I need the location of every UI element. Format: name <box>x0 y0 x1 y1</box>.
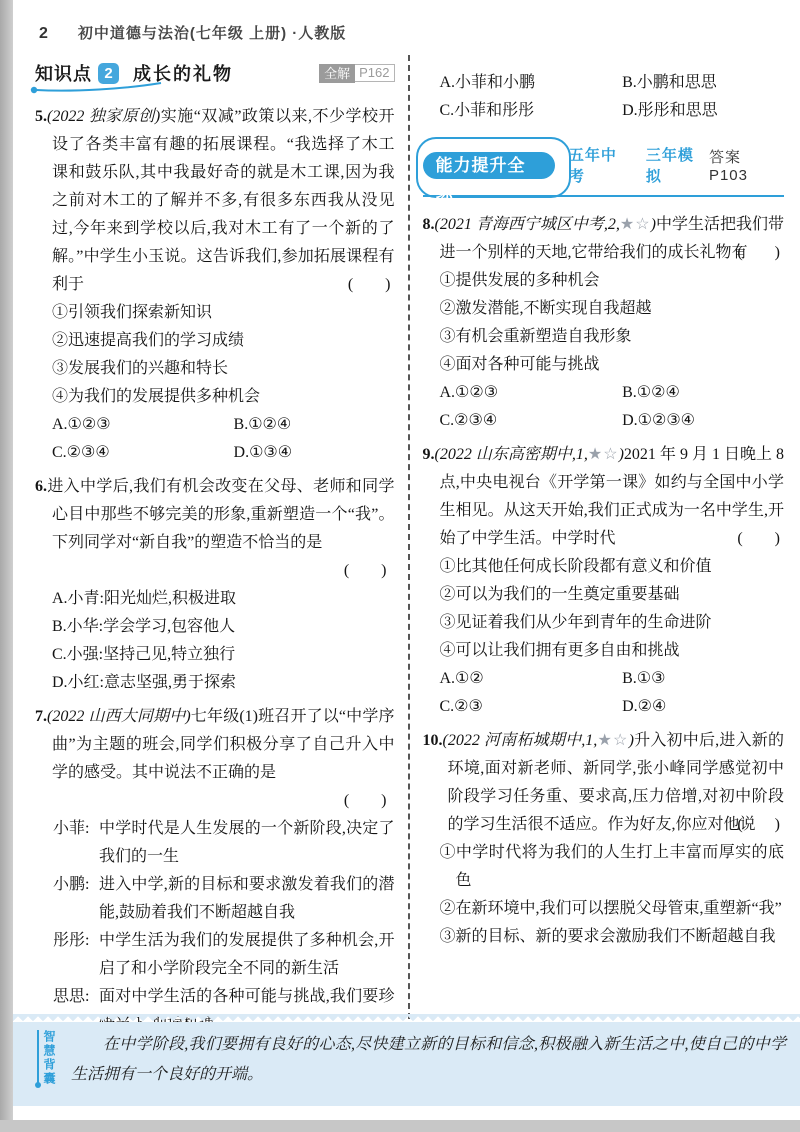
answer-bracket: ( ) <box>35 787 395 815</box>
question-stem: 9.(2022 山东高密期中,1,★☆)2021 年 9 月 1 日晚上 8 点… <box>423 441 785 553</box>
answer-bracket: ( ) <box>754 239 784 267</box>
page-header: 2 初中道德与法治(七年级 上册) ·人教版 <box>13 0 800 43</box>
speaker-name: 小鹏: <box>53 871 99 927</box>
choice-option: D.小红:意志坚强,勇于探索 <box>35 669 395 697</box>
statement-item: ④为我们的发展提供多种机会 <box>35 383 395 411</box>
question-stem: 10.(2022 河南柘城期中,1,★☆)升入初中后,进入新的环境,面对新老师、… <box>423 727 785 839</box>
question-number: 7. <box>35 708 47 725</box>
choice-option: B.①②④ <box>234 411 395 439</box>
question-stem: 6.进入中学后,我们有机会改变在父母、老师和同学心目中那些不够完美的形象,重新塑… <box>35 473 395 557</box>
vertical-rule-icon <box>37 1030 39 1084</box>
choice-option: C.小强:坚持己见,特立独行 <box>35 641 395 669</box>
question-source: (2021 青海西宁城区中考,2, <box>435 216 620 233</box>
speaker-name: 彤彤: <box>53 927 99 983</box>
choice-option: C.②③④ <box>52 439 234 467</box>
choice-option: A.①②③ <box>52 411 234 439</box>
ref-page: P162 <box>355 64 394 82</box>
wisdom-note-label-group: 智慧背囊 <box>37 1030 55 1090</box>
question-stem: 7.(2022 山西大同期中)七年级(1)班召开了以“中学序曲”为主题的班会,同… <box>35 703 395 787</box>
question-stem: 5.(2022 独家原创)实施“双减”政策以来,不少学校开设了各类丰富有趣的拓展… <box>35 103 395 299</box>
choice-option: D.①②③④ <box>622 407 784 435</box>
question-7-options: A.小菲和小鹏 B.小鹏和思思 C.小菲和彤彤 D.彤彤和思思 <box>423 69 785 125</box>
choice-option: C.②③ <box>440 693 623 721</box>
choice-option: C.②③④ <box>440 407 623 435</box>
statement-item: ②激发潜能,不断实现自我超越 <box>423 295 785 323</box>
statement-item: ②迅速提高我们的学习成绩 <box>35 327 395 355</box>
answer-reference-badge: 全解 P162 <box>319 64 394 83</box>
choice-option: D.②④ <box>622 693 784 721</box>
question-9: 9.(2022 山东高密期中,1,★☆)2021 年 9 月 1 日晚上 8 点… <box>423 441 785 721</box>
ref-label: 全解 <box>319 64 355 83</box>
statement-item: ①引领我们探索新知识 <box>35 299 395 327</box>
question-source: (2022 山东高密期中,1, <box>435 446 588 463</box>
banner-subtitle-zhongkao: 五年中考 <box>569 144 632 186</box>
right-column: A.小菲和小鹏 B.小鹏和思思 C.小菲和彤彤 D.彤彤和思思 能力提升全练 五… <box>410 55 785 1039</box>
two-column-layout: 知识点 2 成长的礼物 全解 P162 5.(2022 独家原创)实施“双减”政… <box>13 55 800 1039</box>
wisdom-note-body: 智慧背囊 在中学阶段,我们要拥有良好的心态,尽快建立新的目标和信念,积极融入新生… <box>13 1022 800 1106</box>
page-number: 2 <box>39 25 48 43</box>
difficulty-stars-icon: ★☆ <box>620 216 651 233</box>
statement-item: ③见证着我们从少年到青年的生命进阶 <box>423 609 785 637</box>
statement-item: ④面对各种可能与挑战 <box>423 351 785 379</box>
choice-options: A.①②③ B.①②④ C.②③④ D.①③④ <box>35 411 395 467</box>
statement-item: ①中学时代将为我们的人生打上丰富而厚实的底色 <box>423 839 785 895</box>
choice-option: D.①③④ <box>234 439 395 467</box>
question-5: 5.(2022 独家原创)实施“双减”政策以来,不少学校开设了各类丰富有趣的拓展… <box>35 103 395 467</box>
practice-banner-title: 能力提升全练 <box>423 152 555 179</box>
question-stem-text: 进入中学后,我们有机会改变在父母、老师和同学心目中那些不够完美的形象,重新塑造一… <box>47 478 395 551</box>
question-10: 10.(2022 河南柘城期中,1,★☆)升入初中后,进入新的环境,面对新老师、… <box>423 727 785 951</box>
speaker-name: 小菲: <box>53 815 99 871</box>
question-source: (2022 山西大同期中) <box>47 708 191 725</box>
left-column: 知识点 2 成长的礼物 全解 P162 5.(2022 独家原创)实施“双减”政… <box>35 55 410 1039</box>
question-8: 8.(2021 青海西宁城区中考,2,★☆)中学生活把我们带进一个别样的天地,它… <box>423 211 785 435</box>
choice-option: A.①② <box>440 665 623 693</box>
answer-bracket: ( ) <box>762 811 784 839</box>
statement-item: ④可以让我们拥有更多自由和挑战 <box>423 637 785 665</box>
choice-options: A.小菲和小鹏 B.小鹏和思思 C.小菲和彤彤 D.彤彤和思思 <box>423 69 785 125</box>
statement-item: ②可以为我们的一生奠定重要基础 <box>423 581 785 609</box>
answer-bracket: ( ) <box>365 271 395 299</box>
question-number: 8. <box>423 216 435 233</box>
question-number: 10. <box>423 732 443 749</box>
difficulty-stars-icon: ★☆ <box>597 732 628 749</box>
question-number: 5. <box>35 108 47 125</box>
choice-options: A.小青:阳光灿烂,积极进取 B.小华:学会学习,包容他人 C.小强:坚持己见,… <box>35 585 395 697</box>
question-source: (2022 独家原创) <box>47 108 160 125</box>
page-binding-edge <box>0 0 13 1120</box>
difficulty-stars-icon: ★☆ <box>588 446 619 463</box>
banner-answer-page: 答案 P103 <box>709 146 784 184</box>
choice-option: B.小华:学会学习,包容他人 <box>35 613 395 641</box>
answer-bracket: ( ) <box>754 525 784 553</box>
statement-item: ③新的目标、新的要求会激励我们不断超越自我 <box>423 923 785 951</box>
wisdom-note-text: 在中学阶段,我们要拥有良好的心态,尽快建立新的目标和信念,积极融入新生活之中,使… <box>71 1030 786 1090</box>
book-title: 初中道德与法治(七年级 上册) ·人教版 <box>78 22 346 43</box>
choice-option: B.①③ <box>622 665 784 693</box>
speaker-text: 中学生活为我们的发展提供了多种机会,开启了和小学阶段完全不同的新生活 <box>99 927 395 983</box>
question-number: 6. <box>35 478 47 495</box>
choice-option: A.小菲和小鹏 <box>440 69 623 97</box>
question-7: 7.(2022 山西大同期中)七年级(1)班召开了以“中学序曲”为主题的班会,同… <box>35 703 395 1039</box>
practice-banner: 能力提升全练 五年中考 三年模拟 答案 P103 <box>423 141 785 197</box>
choice-option: B.①②④ <box>622 379 784 407</box>
statement-item: ①提供发展的多种机会 <box>423 267 785 295</box>
wisdom-note: 智慧背囊 在中学阶段,我们要拥有良好的心态,尽快建立新的目标和信念,积极融入新生… <box>13 1014 800 1106</box>
statement-item: ②在新环境中,我们可以摆脱父母管束,重塑新“我” <box>423 895 785 923</box>
answer-bracket: ( ) <box>35 557 395 585</box>
choice-options: A.①②③ B.①②④ C.②③④ D.①②③④ <box>423 379 785 435</box>
underline-swoosh-icon <box>29 81 164 95</box>
book-page: 2 初中道德与法治(七年级 上册) ·人教版 知识点 2 成长的礼物 全解 P1… <box>13 0 800 1120</box>
speaker-line: 小菲: 中学时代是人生发展的一个新阶段,决定了我们的一生 <box>35 815 395 871</box>
speaker-line: 小鹏: 进入中学,新的目标和要求激发着我们的潜能,鼓励着我们不断超越自我 <box>35 871 395 927</box>
question-stem: 8.(2021 青海西宁城区中考,2,★☆)中学生活把我们带进一个别样的天地,它… <box>423 211 785 267</box>
choice-option: C.小菲和彤彤 <box>440 97 623 125</box>
choice-option: B.小鹏和思思 <box>622 69 784 97</box>
zigzag-edge <box>13 1014 800 1022</box>
choice-options: A.①② B.①③ C.②③ D.②④ <box>423 665 785 721</box>
wisdom-note-label: 智慧背囊 <box>42 1030 55 1090</box>
statement-item: ③发展我们的兴趣和特长 <box>35 355 395 383</box>
statement-item: ③有机会重新塑造自我形象 <box>423 323 785 351</box>
question-6: 6.进入中学后,我们有机会改变在父母、老师和同学心目中那些不够完美的形象,重新塑… <box>35 473 395 697</box>
speaker-text: 进入中学,新的目标和要求激发着我们的潜能,鼓励着我们不断超越自我 <box>99 871 395 927</box>
question-stem-text: 实施“双减”政策以来,不少学校开设了各类丰富有趣的拓展课程。“我选择了木工课和鼓… <box>52 108 395 293</box>
question-source: (2022 河南柘城期中,1, <box>443 732 598 749</box>
choice-option: D.彤彤和思思 <box>622 97 784 125</box>
banner-subtitle-moni: 三年模拟 <box>646 144 709 186</box>
speaker-line: 彤彤: 中学生活为我们的发展提供了多种机会,开启了和小学阶段完全不同的新生活 <box>35 927 395 983</box>
question-number: 9. <box>423 446 435 463</box>
speaker-text: 中学时代是人生发展的一个新阶段,决定了我们的一生 <box>99 815 395 871</box>
choice-option: A.①②③ <box>440 379 623 407</box>
knowledge-point-header: 知识点 2 成长的礼物 全解 P162 <box>35 55 395 91</box>
choice-option: A.小青:阳光灿烂,积极进取 <box>35 585 395 613</box>
statement-item: ①比其他任何成长阶段都有意义和价值 <box>423 553 785 581</box>
